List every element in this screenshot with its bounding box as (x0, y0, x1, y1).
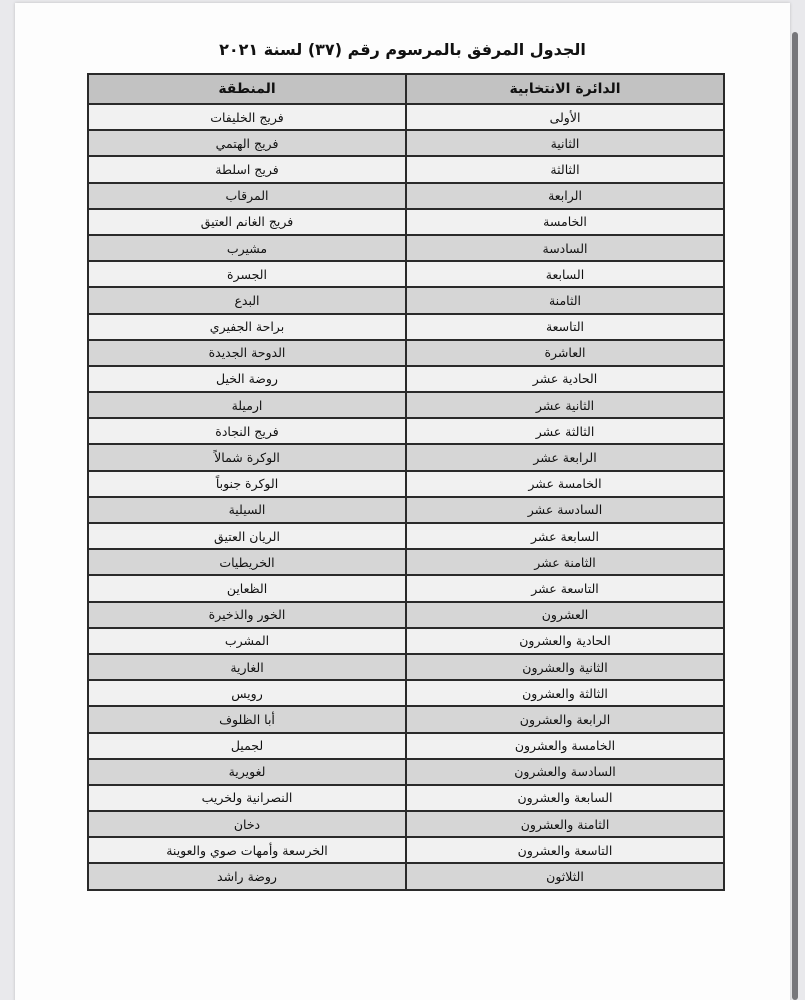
cell-region: روضة راشد (88, 863, 406, 889)
cell-district: السابعة (406, 261, 724, 287)
cell-district: العاشرة (406, 340, 724, 366)
cell-region: لجميل (88, 733, 406, 759)
table-row: الرابعة عشرالوكرة شمالاً (88, 444, 724, 470)
cell-region: روضة الخيل (88, 366, 406, 392)
cell-district: الخامسة عشر (406, 471, 724, 497)
table-row: الحادية عشرروضة الخيل (88, 366, 724, 392)
table-row: الثلاثونروضة راشد (88, 863, 724, 889)
cell-district: العشرون (406, 602, 724, 628)
table-header-row: الدائرة الانتخابية المنطقة (88, 74, 724, 104)
table-body: الأولىفريج الخليفاتالثانيةفريج الهتميالث… (88, 104, 724, 890)
cell-region: فريج الغانم العتيق (88, 209, 406, 235)
table-row: الأولىفريج الخليفات (88, 104, 724, 130)
cell-region: لغويرية (88, 759, 406, 785)
cell-region: الخرسعة وأمهات صوي والعوينة (88, 837, 406, 863)
cell-district: الثالثة والعشرون (406, 680, 724, 706)
vertical-scrollbar[interactable] (792, 32, 798, 1000)
cell-region: السيلية (88, 497, 406, 523)
cell-district: الأولى (406, 104, 724, 130)
cell-district: الرابعة (406, 183, 724, 209)
cell-district: التاسعة والعشرون (406, 837, 724, 863)
table-row: الخامسةفريج الغانم العتيق (88, 209, 724, 235)
table-row: الثانيةفريج الهتمي (88, 130, 724, 156)
table-row: السادسةمشيرب (88, 235, 724, 261)
cell-region: النصرانية ولخريب (88, 785, 406, 811)
cell-region: البدع (88, 287, 406, 313)
table-row: التاسعة والعشرونالخرسعة وأمهات صوي والعو… (88, 837, 724, 863)
table-row: الثانية والعشرونالغارية (88, 654, 724, 680)
table-row: السابعة والعشرونالنصرانية ولخريب (88, 785, 724, 811)
cell-district: الثالثة (406, 156, 724, 182)
cell-region: الوكرة شمالاً (88, 444, 406, 470)
cell-region: مشيرب (88, 235, 406, 261)
table-row: الثامنة والعشروندخان (88, 811, 724, 837)
cell-district: السابعة والعشرون (406, 785, 724, 811)
cell-region: الوكرة جنوباً (88, 471, 406, 497)
cell-region: أبا الظلوف (88, 706, 406, 732)
table-row: التاسعة عشرالظعاين (88, 575, 724, 601)
table-row: الثانية عشرارميلة (88, 392, 724, 418)
header-region: المنطقة (88, 74, 406, 104)
table-row: العاشرةالدوحة الجديدة (88, 340, 724, 366)
cell-district: الخامسة والعشرون (406, 733, 724, 759)
cell-region: الخريطيات (88, 549, 406, 575)
cell-district: السادسة (406, 235, 724, 261)
cell-region: رويس (88, 680, 406, 706)
table-row: السابعة عشرالريان العتيق (88, 523, 724, 549)
cell-district: الثامنة (406, 287, 724, 313)
cell-region: فريج اسلطة (88, 156, 406, 182)
table-row: الثالثةفريج اسلطة (88, 156, 724, 182)
table-row: الحادية والعشرونالمشرب (88, 628, 724, 654)
cell-region: فريج الهتمي (88, 130, 406, 156)
table-row: السادسة والعشرونلغويرية (88, 759, 724, 785)
cell-district: الحادية والعشرون (406, 628, 724, 654)
table-row: الرابعةالمرقاب (88, 183, 724, 209)
cell-region: المشرب (88, 628, 406, 654)
cell-district: التاسعة (406, 314, 724, 340)
table-row: السادسة عشرالسيلية (88, 497, 724, 523)
cell-district: السادسة والعشرون (406, 759, 724, 785)
cell-region: الريان العتيق (88, 523, 406, 549)
table-row: الثالثة والعشرونرويس (88, 680, 724, 706)
cell-district: التاسعة عشر (406, 575, 724, 601)
header-district: الدائرة الانتخابية (406, 74, 724, 104)
table-row: الرابعة والعشرونأبا الظلوف (88, 706, 724, 732)
cell-region: فريج الخليفات (88, 104, 406, 130)
cell-region: الخور والذخيرة (88, 602, 406, 628)
cell-district: الحادية عشر (406, 366, 724, 392)
cell-region: دخان (88, 811, 406, 837)
table-row: الثالثة عشرفريج النجادة (88, 418, 724, 444)
table-row: الخامسة عشرالوكرة جنوباً (88, 471, 724, 497)
cell-district: السادسة عشر (406, 497, 724, 523)
cell-region: فريج النجادة (88, 418, 406, 444)
table-row: العشرونالخور والذخيرة (88, 602, 724, 628)
cell-district: الثامنة والعشرون (406, 811, 724, 837)
cell-region: الظعاين (88, 575, 406, 601)
cell-district: الرابعة عشر (406, 444, 724, 470)
table-row: التاسعةبراحة الجفيري (88, 314, 724, 340)
cell-district: الثالثة عشر (406, 418, 724, 444)
table-row: الثامنةالبدع (88, 287, 724, 313)
cell-region: ارميلة (88, 392, 406, 418)
table-row: الخامسة والعشرونلجميل (88, 733, 724, 759)
cell-region: الجسرة (88, 261, 406, 287)
cell-district: الثامنة عشر (406, 549, 724, 575)
table-row: الثامنة عشرالخريطيات (88, 549, 724, 575)
cell-district: الثانية والعشرون (406, 654, 724, 680)
cell-district: الرابعة والعشرون (406, 706, 724, 732)
cell-region: براحة الجفيري (88, 314, 406, 340)
cell-region: الغارية (88, 654, 406, 680)
cell-district: الثانية عشر (406, 392, 724, 418)
cell-district: الثانية (406, 130, 724, 156)
table-row: السابعةالجسرة (88, 261, 724, 287)
cell-district: الخامسة (406, 209, 724, 235)
cell-region: المرقاب (88, 183, 406, 209)
document-title: الجدول المرفق بالمرسوم رقم (٣٧) لسنة ٢٠٢… (0, 40, 805, 59)
cell-district: السابعة عشر (406, 523, 724, 549)
districts-table: الدائرة الانتخابية المنطقة الأولىفريج ال… (87, 73, 725, 891)
cell-region: الدوحة الجديدة (88, 340, 406, 366)
cell-district: الثلاثون (406, 863, 724, 889)
